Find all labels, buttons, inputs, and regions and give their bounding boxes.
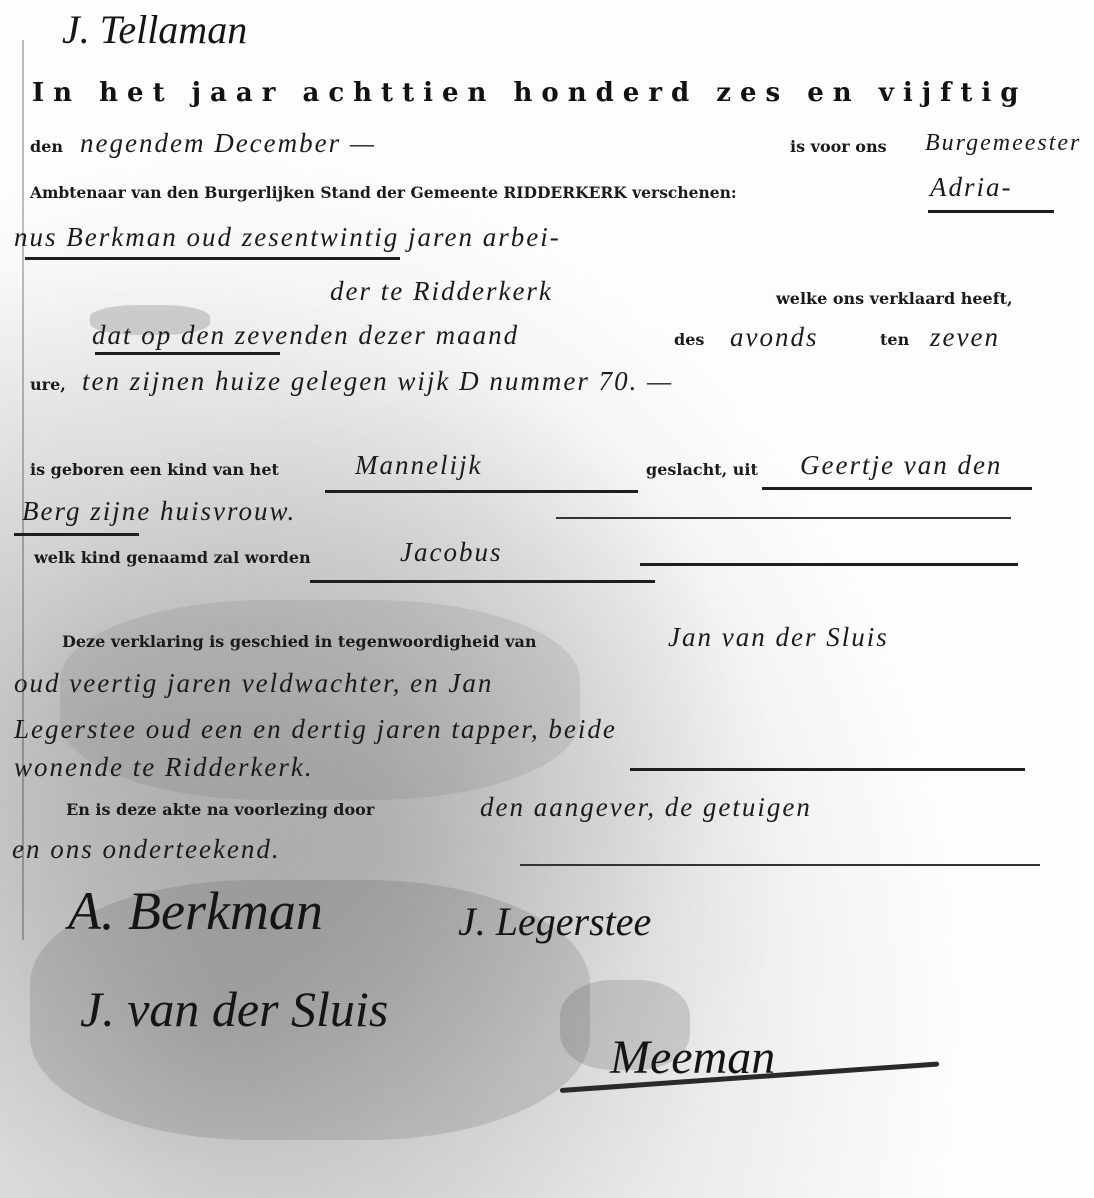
underline bbox=[25, 257, 400, 260]
underline bbox=[325, 490, 638, 493]
handwritten-child-name: Jacobus bbox=[400, 537, 502, 568]
printed-is-geboren: is geboren een kind van het bbox=[30, 460, 279, 479]
underline bbox=[630, 768, 1025, 771]
printed-ambtenaar: Ambtenaar van den Burgerlijken Stand der… bbox=[30, 183, 737, 202]
handwritten-avonds: avonds bbox=[730, 322, 819, 353]
left-margin-rule bbox=[22, 40, 24, 940]
handwritten-witness1-details: oud veertig jaren veldwachter, en Jan bbox=[14, 668, 493, 699]
printed-welk-kind: welk kind genaamd zal worden bbox=[34, 548, 311, 567]
printed-den: den bbox=[30, 137, 63, 156]
scanned-certificate-page: J. Tellaman In het jaar achttien honderd… bbox=[0, 0, 1094, 1198]
handwritten-witness1: Jan van der Sluis bbox=[668, 622, 889, 653]
handwritten-signed: en ons onderteekend. bbox=[12, 834, 281, 865]
underline bbox=[310, 580, 655, 583]
header-text: In het jaar achttien honderd zes en vijf… bbox=[32, 78, 1027, 108]
handwritten-birth-day: dat op den zevenden dezer maand bbox=[92, 320, 519, 351]
handwritten-mother-cont: Berg zijne huisvrouw. bbox=[22, 496, 296, 527]
certificate-header: In het jaar achttien honderd zes en vijf… bbox=[32, 78, 1027, 108]
handwritten-hour: zeven bbox=[930, 322, 1000, 353]
printed-is-voor-ons: is voor ons bbox=[790, 137, 887, 156]
underline bbox=[640, 563, 1018, 566]
printed-des: des bbox=[674, 330, 704, 349]
printed-deze-verklaring: Deze verklaring is geschied in tegenwoor… bbox=[62, 632, 536, 651]
handwritten-gender: Mannelijk bbox=[355, 450, 482, 481]
handwritten-residence: der te Ridderkerk bbox=[330, 276, 553, 307]
underline bbox=[520, 864, 1040, 866]
handwritten-mother: Geertje van den bbox=[800, 450, 1002, 481]
underline bbox=[928, 210, 1054, 213]
printed-ten: ten bbox=[880, 330, 909, 349]
signature-van-der-sluis: J. van der Sluis bbox=[80, 980, 388, 1038]
printed-geslacht-uit: geslacht, uit bbox=[646, 460, 758, 479]
clerk-signature-top: J. Tellaman bbox=[62, 6, 247, 53]
printed-welke-ons: welke ons verklaard heeft, bbox=[776, 289, 1013, 308]
handwritten-burgemeester: Burgemeester bbox=[925, 130, 1081, 157]
printed-ure: ure, bbox=[30, 375, 66, 394]
underline bbox=[556, 517, 1011, 519]
handwritten-date: negendem December — bbox=[80, 128, 376, 159]
handwritten-adria: Adria- bbox=[930, 172, 1013, 203]
printed-en-is-deze-akte: En is deze akte na voorlezing door bbox=[66, 800, 374, 819]
underline bbox=[762, 487, 1032, 490]
handwritten-signatories: den aangever, de getuigen bbox=[480, 792, 812, 823]
handwritten-witness2-details: Legerstee oud een en dertig jaren tapper… bbox=[14, 714, 617, 745]
underline bbox=[95, 352, 280, 355]
handwritten-address: ten zijnen huize gelegen wijk D nummer 7… bbox=[82, 366, 673, 397]
handwritten-witness-residence: wonende te Ridderkerk. bbox=[14, 752, 314, 783]
handwritten-declarant: nus Berkman oud zesentwintig jaren arbei… bbox=[14, 222, 561, 253]
underline bbox=[14, 533, 139, 536]
signature-legerstee: J. Legerstee bbox=[458, 898, 651, 945]
signature-berkman: A. Berkman bbox=[68, 880, 323, 942]
